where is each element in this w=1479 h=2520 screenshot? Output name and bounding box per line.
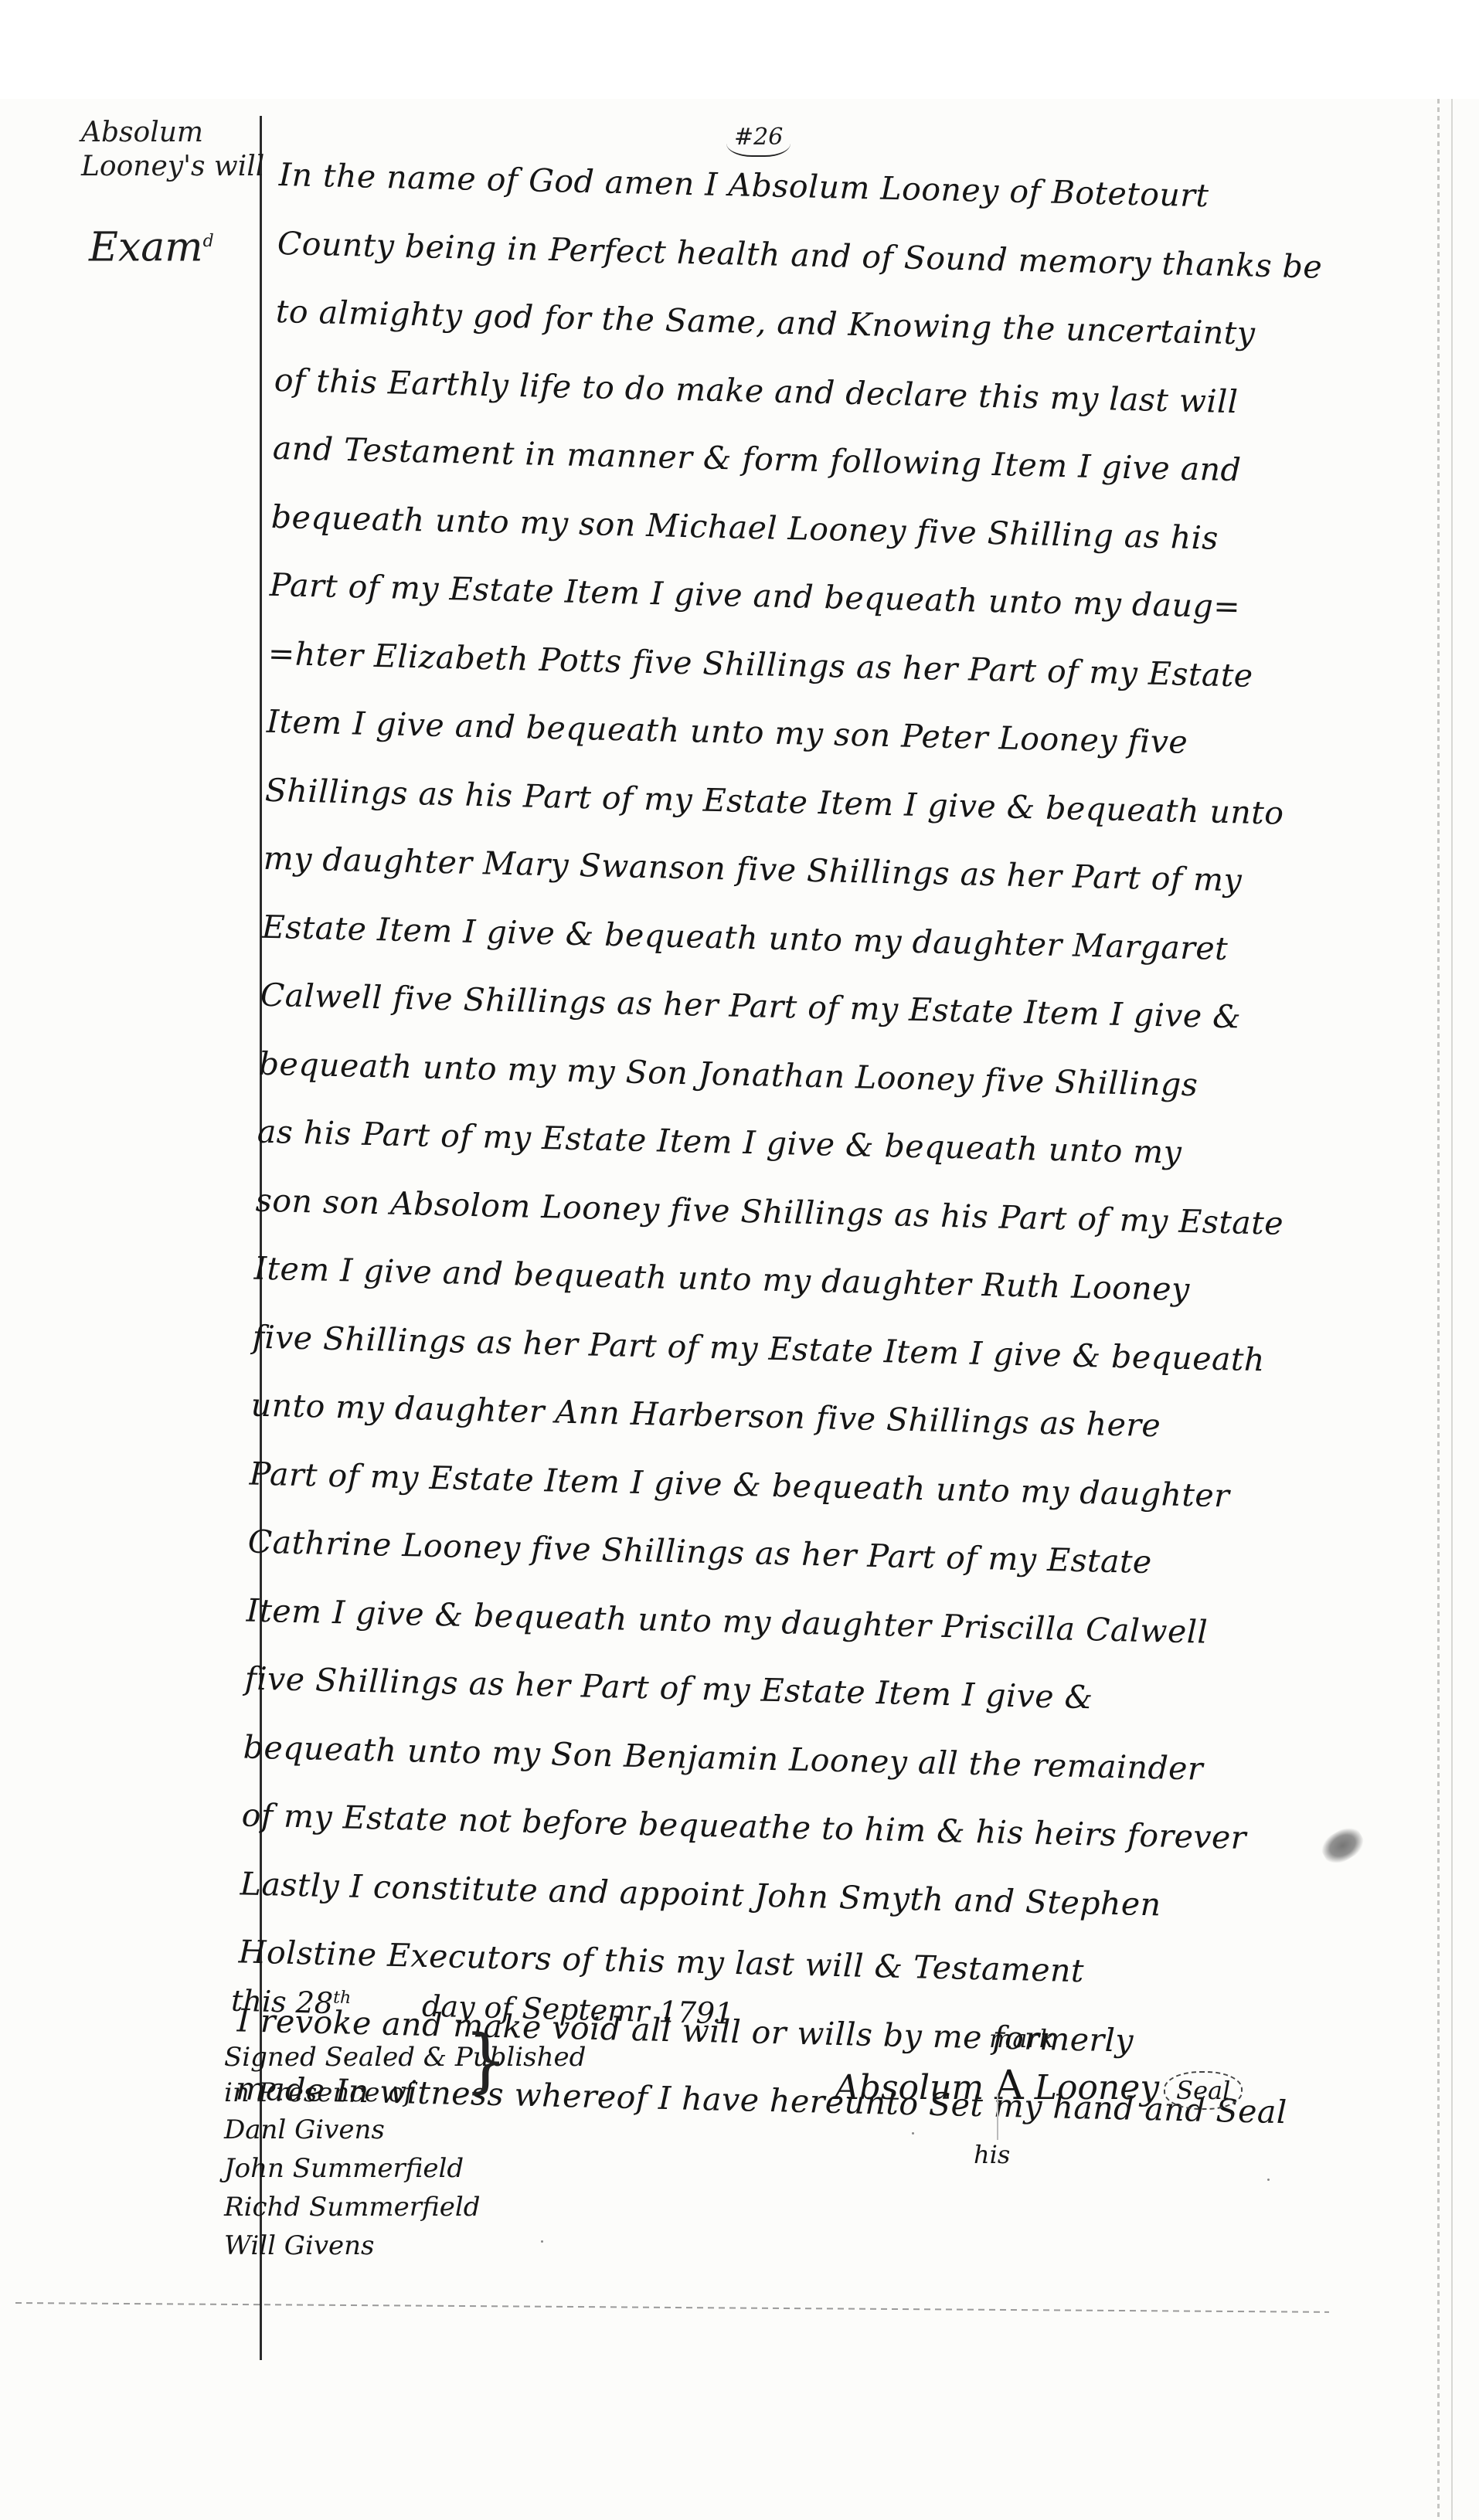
page-edge-line: [1451, 99, 1453, 2520]
witness-signature: Danl Givens: [224, 2111, 572, 2149]
scan-blank-top: [0, 0, 1479, 99]
date-year: 1791: [658, 1995, 734, 2031]
margin-note-title: Looney's will: [81, 150, 251, 184]
date-day: 28: [295, 1985, 333, 2020]
margin-note-name: Absolum: [81, 116, 251, 150]
witness-signature: Will Givens: [224, 2226, 572, 2265]
scan-speck: [1267, 2179, 1270, 2181]
margin-note-examined: Examd: [81, 215, 251, 274]
testator-signature: AbsolumALooneySeal: [835, 2063, 1243, 2110]
witness-block: Signed Sealed & Published in Presence of…: [224, 2039, 572, 2265]
exam-suffix: d: [203, 232, 214, 251]
attestation-line-2: in Presence of: [224, 2075, 572, 2111]
date-month: Septemr: [522, 1992, 650, 2029]
attestation-line-1: Signed Sealed & Published: [224, 2039, 572, 2075]
date-this-label: this: [231, 1984, 287, 2019]
will-body-text: In the name of God amen I Absolum Looney…: [235, 141, 1431, 2149]
scan-artifact: [997, 2094, 998, 2140]
page-edge-shadow: [1437, 99, 1440, 2520]
attestation-brace: }: [464, 2020, 508, 2101]
date-day-suffix: th: [333, 1988, 352, 2008]
scan-speck: [541, 2240, 543, 2243]
mark-label: mark: [989, 2024, 1054, 2053]
witness-signature: John Summerfield: [224, 2149, 572, 2188]
testator-last-name: Looney: [1035, 2068, 1159, 2107]
witness-signature: Richd Summerfield: [224, 2188, 572, 2226]
testator-first-name: Absolum: [835, 2068, 984, 2107]
seal-icon: Seal: [1164, 2071, 1243, 2110]
his-label: his: [974, 2140, 1010, 2169]
scan-speck: [912, 2132, 914, 2135]
exam-label: Exam: [89, 224, 203, 270]
margin-notes: Absolum Looney's will Examd: [81, 116, 251, 274]
testator-mark-glyph: A: [984, 2063, 1035, 2109]
date-day-of-label: day of: [360, 1987, 514, 2025]
